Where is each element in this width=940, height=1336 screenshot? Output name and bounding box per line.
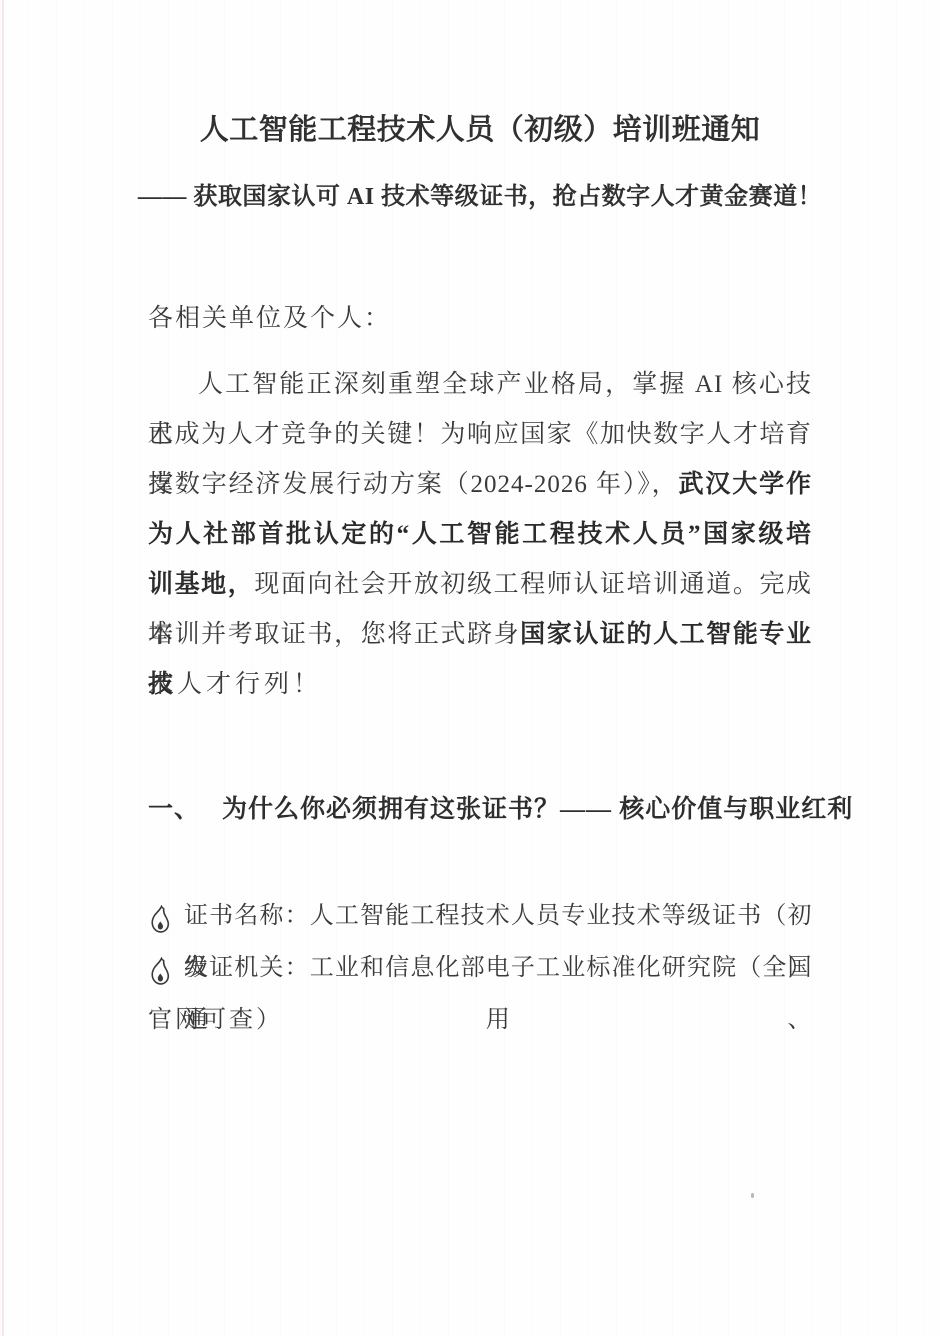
section-number: 一、 bbox=[148, 796, 200, 823]
paragraph-line: 培训并考取证书，您将正式跻身国家认证的人工智能专业技 bbox=[148, 610, 812, 660]
bullet-label: 证书名称： bbox=[184, 903, 310, 929]
paragraph-line: 人工智能正深刻重塑全球产业格局，掌握 AI 核心技术 bbox=[148, 360, 812, 410]
document-content: 人工智能工程技术人员（初级）培训班通知 —— 获取国家认可 AI 技术等级证书，… bbox=[0, 112, 940, 1046]
text-segment: 术人才行列！ bbox=[148, 671, 322, 698]
flame-icon bbox=[148, 902, 172, 932]
text-segment: 撑数字经济发展行动方案（2024-2026 年）》， bbox=[148, 471, 678, 498]
scan-speck-artifact bbox=[751, 1193, 754, 1198]
salutation: 各相关单位及个人： bbox=[148, 304, 812, 334]
bullet-item: 发证机关：工业和信息化部电子工业标准化研究院（全国通用、 bbox=[148, 942, 812, 994]
scanned-document-page: { "document": { "title": "人工智能工程技术人员（初级）… bbox=[0, 0, 940, 1336]
bullet-list: 证书名称：人工智能工程技术人员专业技术等级证书（初级） 发证机关：工业和信息化部… bbox=[148, 890, 812, 1046]
body-paragraph: 人工智能正深刻重塑全球产业格局，掌握 AI 核心技术 已成为人才竞争的关键！为响… bbox=[148, 360, 812, 710]
paragraph-line: 训基地，现面向社会开放初级工程师认证培训通道。完成本 bbox=[148, 560, 812, 610]
paragraph-line: 撑数字经济发展行动方案（2024-2026 年）》，武汉大学作 bbox=[148, 460, 812, 510]
section-heading: 一、为什么你必须拥有这张证书？—— 核心价值与职业红利 bbox=[148, 794, 812, 826]
section-title: 为什么你必须拥有这张证书？—— 核心价值与职业红利 bbox=[222, 796, 853, 823]
bullet-label: 发证机关： bbox=[184, 955, 310, 981]
text-segment: 培训并考取证书，您将正式跻身 bbox=[148, 621, 520, 648]
bullet-item: 证书名称：人工智能工程技术人员专业技术等级证书（初级） bbox=[148, 890, 812, 942]
text-segment-bold: 训基地， bbox=[148, 571, 254, 598]
flame-icon bbox=[148, 954, 172, 984]
text-segment-bold: 为人社部首批认定的“人工智能工程技术人员”国家级培 bbox=[148, 521, 812, 548]
text-segment-bold: 武汉大学作 bbox=[678, 471, 812, 498]
document-subtitle: —— 获取国家认可 AI 技术等级证书，抢占数字人才黄金赛道！ bbox=[126, 182, 834, 212]
paragraph-line: 为人社部首批认定的“人工智能工程技术人员”国家级培 bbox=[148, 510, 812, 560]
paragraph-line: 术人才行列！ bbox=[148, 660, 812, 710]
document-title: 人工智能工程技术人员（初级）培训班通知 bbox=[148, 112, 812, 148]
paragraph-line: 已成为人才竞争的关键！为响应国家《加快数字人才培育支 bbox=[148, 410, 812, 460]
